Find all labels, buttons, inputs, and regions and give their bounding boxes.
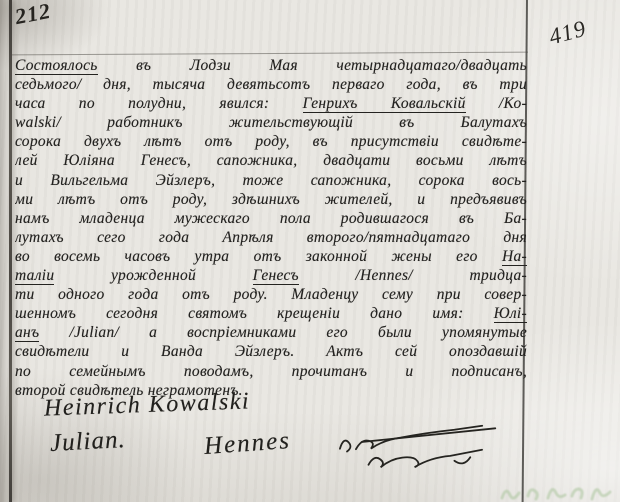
record-line: анъ /Julian/ а воспріемниками его были у… [15,323,527,342]
record-line: свидѣтели и Ванда Эйзлеръ. Актъ сей опоз… [15,342,527,361]
record-line: ми лѣтъ отъ роду, здѣшнихъ жителей, и пр… [15,190,527,209]
record-line: сорока двухъ лѣтъ отъ роду, въ присутств… [15,132,527,151]
record-line: намъ младенца мужескаго пола родившагося… [15,209,527,228]
record-text: Состоялось въ Лодзи Мая четырнадцатаго/д… [15,56,527,400]
text-segment: сорока двухъ лѣтъ отъ роду, въ присутств… [15,133,527,150]
record-line: Состоялось въ Лодзи Мая четырнадцатаго/д… [15,56,527,75]
underlined-text: Состоялось [15,57,98,75]
text-segment: урожденной [54,267,252,284]
record-line: во восемь часовъ утра отъ законной жены … [15,247,527,266]
text-segment: во восемь часовъ утра отъ законной жены … [15,248,502,265]
text-segment: свидѣтели и Ванда Эйзлеръ. Актъ сей опоз… [15,343,527,360]
text-segment: лей Юліяна Генесъ, сапожника, двадцати в… [15,152,527,169]
text-segment: седьмого/ дня, тысяча девятьсотъ перваго… [15,76,527,93]
text-segment: лутахъ сего года Апрѣля второго/пятнадца… [15,229,527,246]
text-segment: въ Лодзи Мая четырнадцатаго/двадцать [98,57,527,74]
text-segment: walski/ работникъ жительствующій въ Балу… [15,114,527,131]
text-segment: /Julian/ а воспріемниками его были упомя… [39,324,527,341]
text-segment: шенномъ сегодня святомъ крещеніи дано им… [15,305,494,322]
scanned-register-page: 212 419 Состоялось въ Лодзи Мая четырнад… [0,0,620,502]
record-line: лей Юліяна Генесъ, сапожника, двадцати в… [15,151,527,170]
record-line: таліи урожденной Генесъ /Hennes/ тридца- [15,266,527,285]
text-segment: ми лѣтъ отъ роду, здѣшнихъ жителей, и пр… [15,191,527,208]
record-line: walski/ работникъ жительствующій въ Балу… [15,113,527,132]
underlined-text: Юлі- [494,305,527,323]
text-segment: и Вильгельма Эйзлеръ, тоже сапожника, со… [15,172,527,189]
pastor-signature-squiggle [333,419,505,481]
underlined-text: таліи [15,267,54,285]
underlined-text: Генрихъ Ковальскій [303,95,466,113]
entry-top-rule [12,52,528,56]
text-segment: /Ко- [466,95,527,112]
underlined-text: анъ [15,324,39,342]
record-line: шенномъ сегодня святомъ крещеніи дано им… [15,304,527,323]
signature-witness-hennes: Hennes [203,427,292,461]
record-line: седьмого/ дня, тысяча девятьсотъ перваго… [15,75,527,94]
signature-father-heinrich-kowalski: Heinrich Kowalski [44,388,251,422]
record-line: по семейнымъ поводамъ, прочитанъ и подпи… [15,362,527,381]
underlined-text: На- [502,248,527,266]
ink-bleedthrough-marks [496,482,620,502]
signature-witness-julian: Julian. [49,426,126,458]
text-segment: намъ младенца мужескаго пола родившагося… [15,210,527,227]
record-number: 419 [546,16,589,51]
text-segment: ти одного года отъ роду. Младенцу сему п… [15,286,527,303]
text-segment: /Hennes/ тридца- [299,267,527,284]
record-line: и Вильгельма Эйзлеръ, тоже сапожника, со… [15,171,527,190]
text-segment: часа по полудни, явился: [15,95,303,112]
signature-pastor-illegible [333,419,505,481]
page-number-top-left: 212 [13,0,53,30]
record-line: ти одного года отъ роду. Младенцу сему п… [15,285,527,304]
text-segment: по семейнымъ поводамъ, прочитанъ и подпи… [15,363,527,380]
record-line: часа по полудни, явился: Генрихъ Ковальс… [15,94,527,113]
record-line: лутахъ сего года Апрѣля второго/пятнадца… [15,228,527,247]
underlined-text: Генесъ [253,267,299,285]
page-crease-line [9,0,12,502]
